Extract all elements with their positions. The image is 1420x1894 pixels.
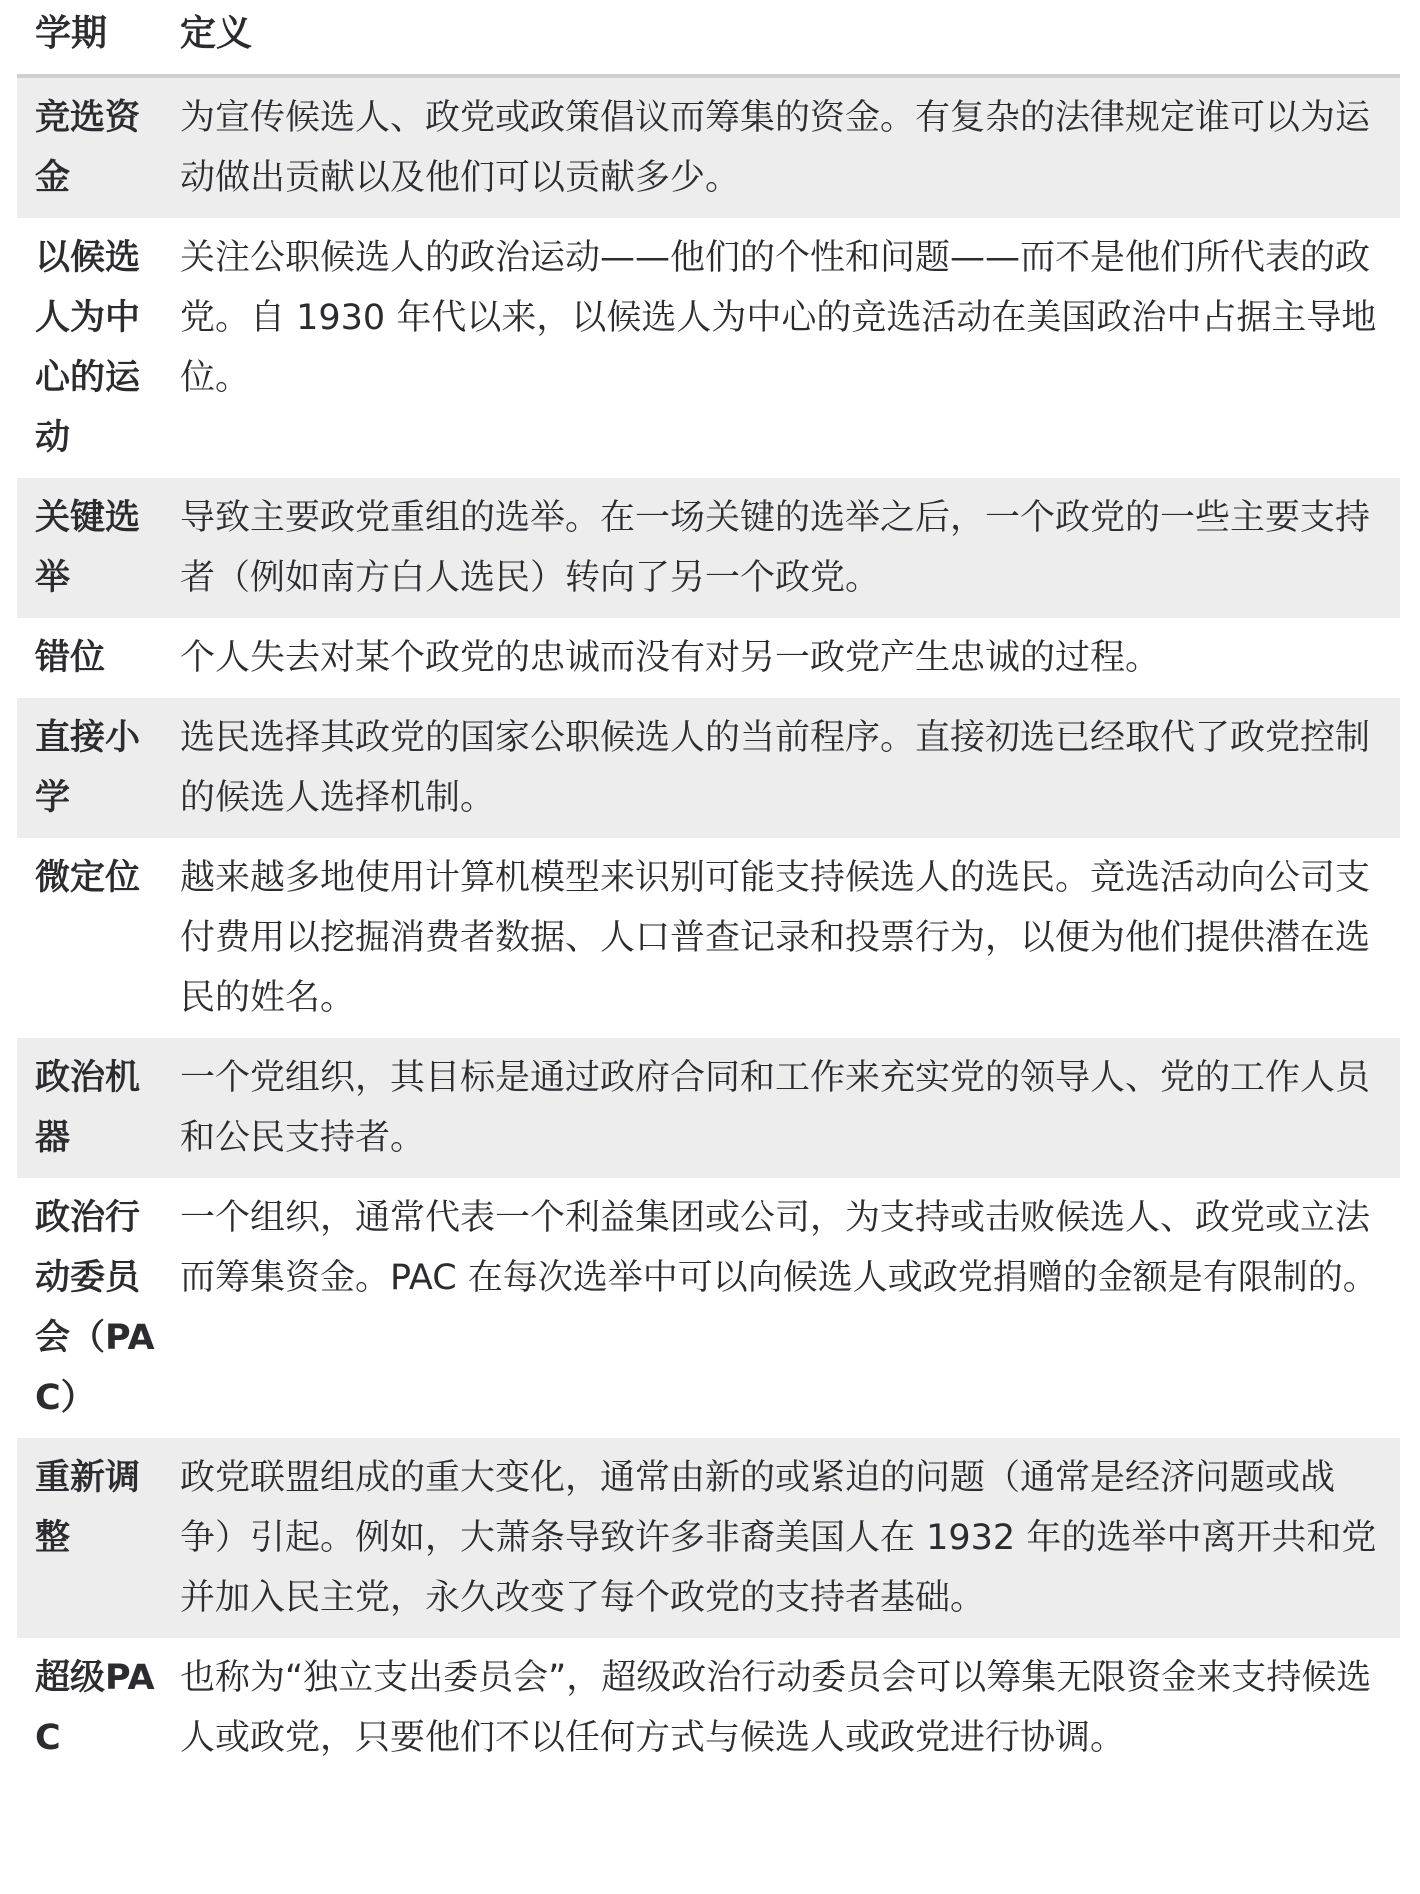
table-row: 错位 个人失去对某个政党的忠诚而没有对另一政党产生忠诚的过程。 — [17, 618, 1400, 698]
term-cell: 政治行动委员会（PAC） — [17, 1178, 180, 1438]
definition-column-header: 定义 — [180, 0, 1400, 76]
definition-cell: 一个组织，通常代表一个利益集团或公司，为支持或击败候选人、政党或立法而筹集资金。… — [180, 1178, 1400, 1438]
table-row: 关键选举 导致主要政党重组的选举。在一场关键的选举之后，一个政党的一些主要支持者… — [17, 478, 1400, 618]
term-cell: 微定位 — [17, 838, 180, 1038]
term-cell: 竞选资金 — [17, 76, 180, 218]
definition-cell: 为宣传候选人、政党或政策倡议而筹集的资金。有复杂的法律规定谁可以为运动做出贡献以… — [180, 76, 1400, 218]
definition-cell: 越来越多地使用计算机模型来识别可能支持候选人的选民。竞选活动向公司支付费用以挖掘… — [180, 838, 1400, 1038]
term-cell: 政治机器 — [17, 1038, 180, 1178]
glossary-table: 学期 定义 竞选资金 为宣传候选人、政党或政策倡议而筹集的资金。有复杂的法律规定… — [17, 0, 1400, 1778]
definition-cell: 关注公职候选人的政治运动——他们的个性和问题——而不是他们所代表的政党。自 19… — [180, 218, 1400, 478]
table-row: 以候选人为中心的运动 关注公职候选人的政治运动——他们的个性和问题——而不是他们… — [17, 218, 1400, 478]
definition-cell: 也称为“独立支出委员会”，超级政治行动委员会可以筹集无限资金来支持候选人或政党，… — [180, 1638, 1400, 1778]
table-row: 重新调整 政党联盟组成的重大变化，通常由新的或紧迫的问题（通常是经济问题或战争）… — [17, 1438, 1400, 1638]
term-cell: 直接小学 — [17, 698, 180, 838]
definition-cell: 一个党组织，其目标是通过政府合同和工作来充实党的领导人、党的工作人员和公民支持者… — [180, 1038, 1400, 1178]
table-row: 超级PAC 也称为“独立支出委员会”，超级政治行动委员会可以筹集无限资金来支持候… — [17, 1638, 1400, 1778]
table-header-row: 学期 定义 — [17, 0, 1400, 76]
term-cell: 重新调整 — [17, 1438, 180, 1638]
term-cell: 以候选人为中心的运动 — [17, 218, 180, 478]
table-row: 政治机器 一个党组织，其目标是通过政府合同和工作来充实党的领导人、党的工作人员和… — [17, 1038, 1400, 1178]
table-row: 竞选资金 为宣传候选人、政党或政策倡议而筹集的资金。有复杂的法律规定谁可以为运动… — [17, 76, 1400, 218]
term-cell: 关键选举 — [17, 478, 180, 618]
term-cell: 超级PAC — [17, 1638, 180, 1778]
term-column-header: 学期 — [17, 0, 180, 76]
definition-cell: 导致主要政党重组的选举。在一场关键的选举之后，一个政党的一些主要支持者（例如南方… — [180, 478, 1400, 618]
definition-cell: 个人失去对某个政党的忠诚而没有对另一政党产生忠诚的过程。 — [180, 618, 1400, 698]
table-row: 微定位 越来越多地使用计算机模型来识别可能支持候选人的选民。竞选活动向公司支付费… — [17, 838, 1400, 1038]
table-row: 政治行动委员会（PAC） 一个组织，通常代表一个利益集团或公司，为支持或击败候选… — [17, 1178, 1400, 1438]
definition-cell: 政党联盟组成的重大变化，通常由新的或紧迫的问题（通常是经济问题或战争）引起。例如… — [180, 1438, 1400, 1638]
term-cell: 错位 — [17, 618, 180, 698]
table-row: 直接小学 选民选择其政党的国家公职候选人的当前程序。直接初选已经取代了政党控制的… — [17, 698, 1400, 838]
definition-cell: 选民选择其政党的国家公职候选人的当前程序。直接初选已经取代了政党控制的候选人选择… — [180, 698, 1400, 838]
